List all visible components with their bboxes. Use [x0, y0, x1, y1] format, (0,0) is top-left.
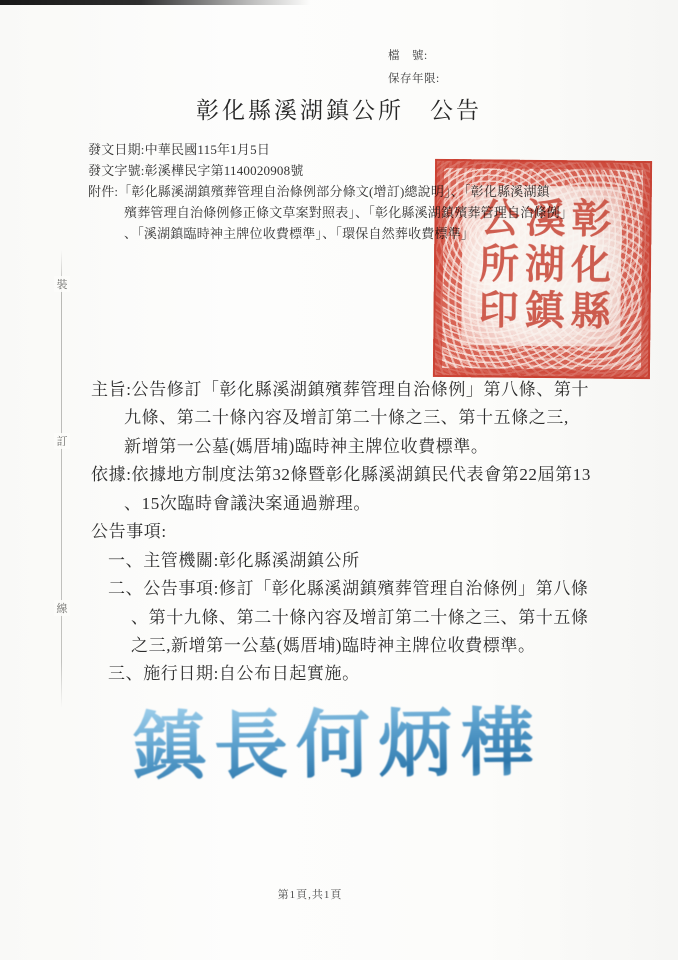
announcement-items-header: 公告事項: — [0, 518, 660, 546]
issue-date-line: 發文日期:中華民國115年1月5日 — [88, 139, 608, 160]
file-number-label: 檔 號: — [388, 45, 440, 68]
official-seal: 彰化縣 溪湖鎮 公所印 — [433, 159, 652, 379]
document-title: 彰化縣溪湖鎮公所 公告 — [0, 92, 678, 125]
seal-column: 彰化縣 — [567, 197, 608, 335]
subject-line: 主旨:公告修訂「彰化縣溪湖鎮殯葬管理自治條例」第八條、第十 — [0, 376, 660, 404]
legal-basis-line: 依據:依據地方制度法第32條暨彰化縣溪湖鎮民代表會第22屆第13 — [0, 461, 660, 489]
retention-label: 保存年限: — [388, 68, 440, 91]
seal-column: 溪湖鎮 — [521, 197, 562, 335]
legal-basis-line: 、15次臨時會議決案通過辦理。 — [0, 490, 660, 518]
seal-inner-area: 彰化縣 溪湖鎮 公所印 — [461, 185, 622, 347]
subject-line: 九條、第二十條內容及增訂第二十條之三、第十五條之三, — [0, 404, 660, 432]
subject-line: 新增第一公墓(媽厝埔)臨時神主牌位收費標準。 — [0, 433, 660, 461]
scan-artifact-line — [0, 0, 310, 5]
announcement-body: 主旨:公告修訂「彰化縣溪湖鎮殯葬管理自治條例」第八條、第十 九條、第二十條內容及… — [0, 376, 660, 689]
item-line: 二、公告事項:修訂「彰化縣溪湖鎮殯葬管理自治條例」第八條 — [0, 575, 660, 603]
archive-info: 檔 號: 保存年限: — [388, 45, 440, 91]
item-line: 之三,新增第一公墓(媽厝埔)臨時神主牌位收費標準。 — [0, 632, 660, 660]
item-line: 、第十九條、第二十條內容及增訂第二十條之三、第十五條 — [0, 604, 660, 632]
mayor-signature-stamp: 鎮長何炳樺 — [132, 704, 543, 790]
seal-column: 公所印 — [475, 196, 516, 334]
page-number: 第1頁,共1頁 — [0, 886, 678, 902]
binding-mark-zhuang: 裝 — [54, 276, 70, 292]
item-line: 三、施行日期:自公布日起實施。 — [0, 660, 660, 688]
document-page: 檔 號: 保存年限: 彰化縣溪湖鎮公所 公告 發文日期:中華民國115年1月5日… — [0, 0, 678, 960]
item-line: 一、主管機關:彰化縣溪湖鎮公所 — [0, 547, 660, 575]
